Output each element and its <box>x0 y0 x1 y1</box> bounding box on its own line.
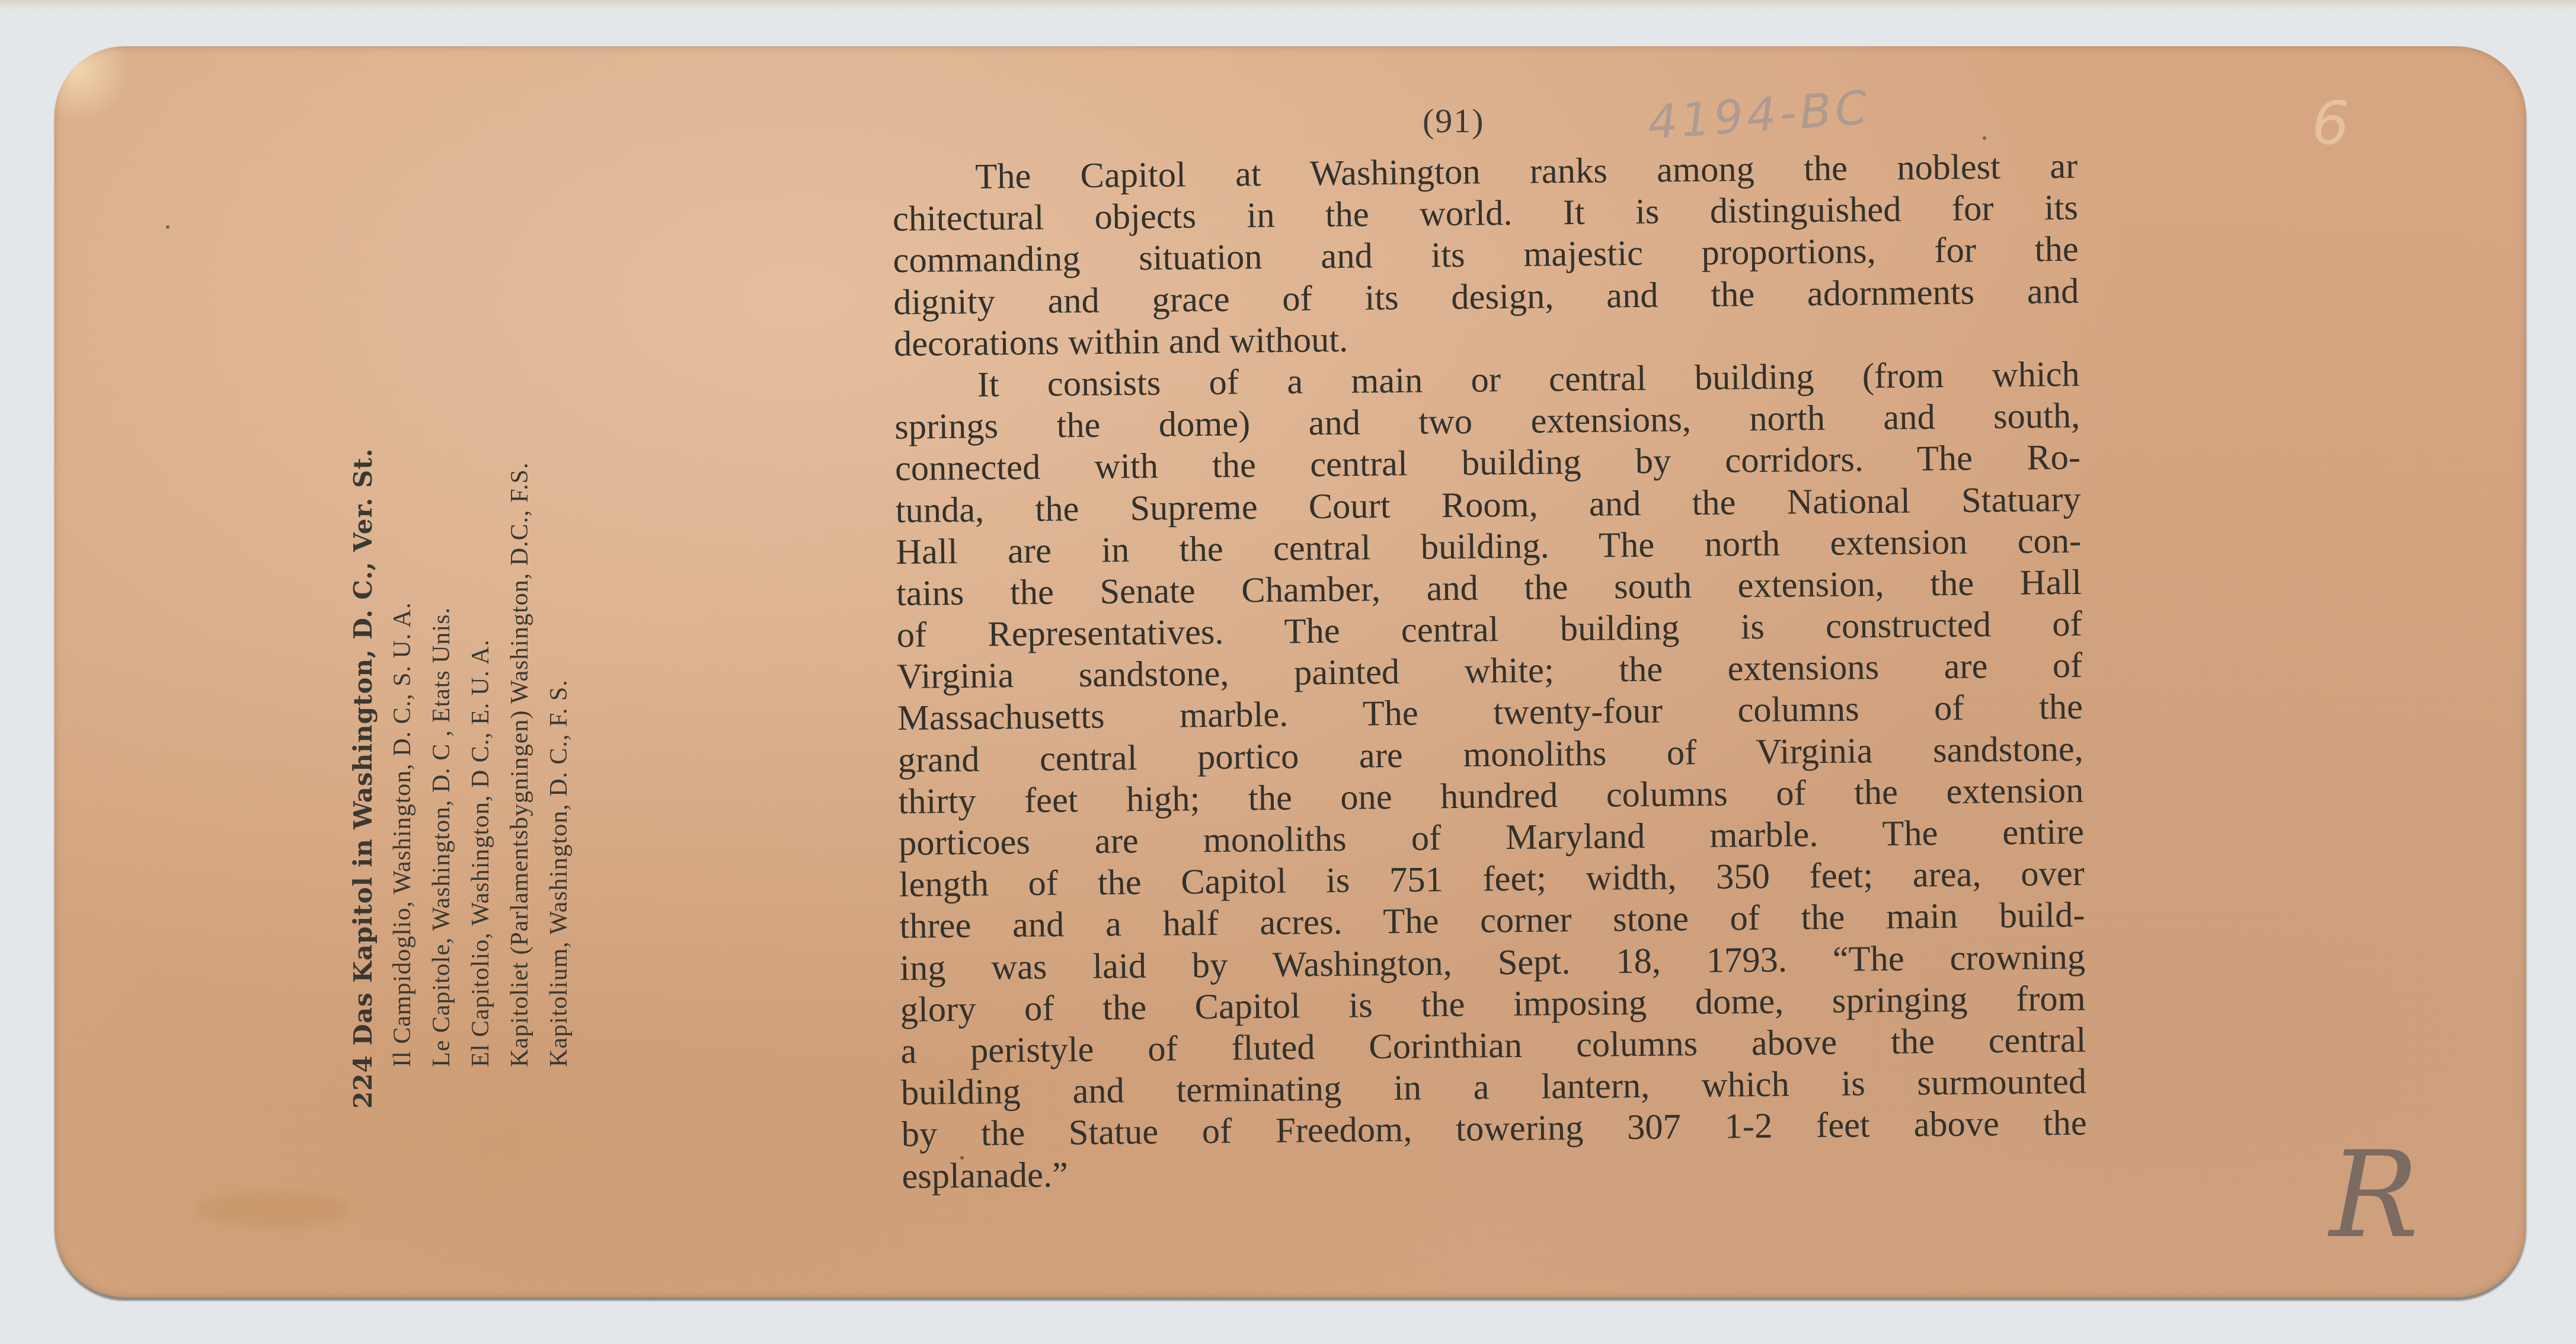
pencil-corner-initial: R <box>2329 1126 2419 1265</box>
caption-line-norwegian: Kapitoliet (Parlamentsbygningen) Washing… <box>500 219 539 1109</box>
caption-line-german: 224 Das Kapitol in Washington, D. C., Ve… <box>344 219 383 1109</box>
multilingual-caption-block: 224 Das Kapitol in Washington, D. C., Ve… <box>344 219 579 1109</box>
caption-line-french: Le Capitole, Washington, D. C , Etats Un… <box>422 219 461 1109</box>
speck <box>166 225 170 229</box>
caption-line-italian: Il Campidoglio, Washington, D. C., S. U.… <box>383 219 422 1109</box>
caption-line-spanish: El Capitolio, Washington, D C., E. U. A. <box>461 219 500 1109</box>
paragraph-1: The Capitol at Washington ranks among th… <box>892 146 2079 365</box>
speck <box>1983 136 1986 140</box>
corner-wear <box>55 46 143 135</box>
page-number: (91) <box>1423 101 1485 141</box>
paragraph-2: It consists of a main or central buildin… <box>894 354 2087 1198</box>
description-text: The Capitol at Washington ranks among th… <box>892 146 2088 1198</box>
pencil-faint-mark: 6 <box>2312 89 2350 158</box>
caption-line-swedish: Kapitolium, Washington, D. C., F. S. <box>539 219 579 1109</box>
stain-mark <box>196 1192 350 1227</box>
scan-background-edge <box>0 0 2576 11</box>
